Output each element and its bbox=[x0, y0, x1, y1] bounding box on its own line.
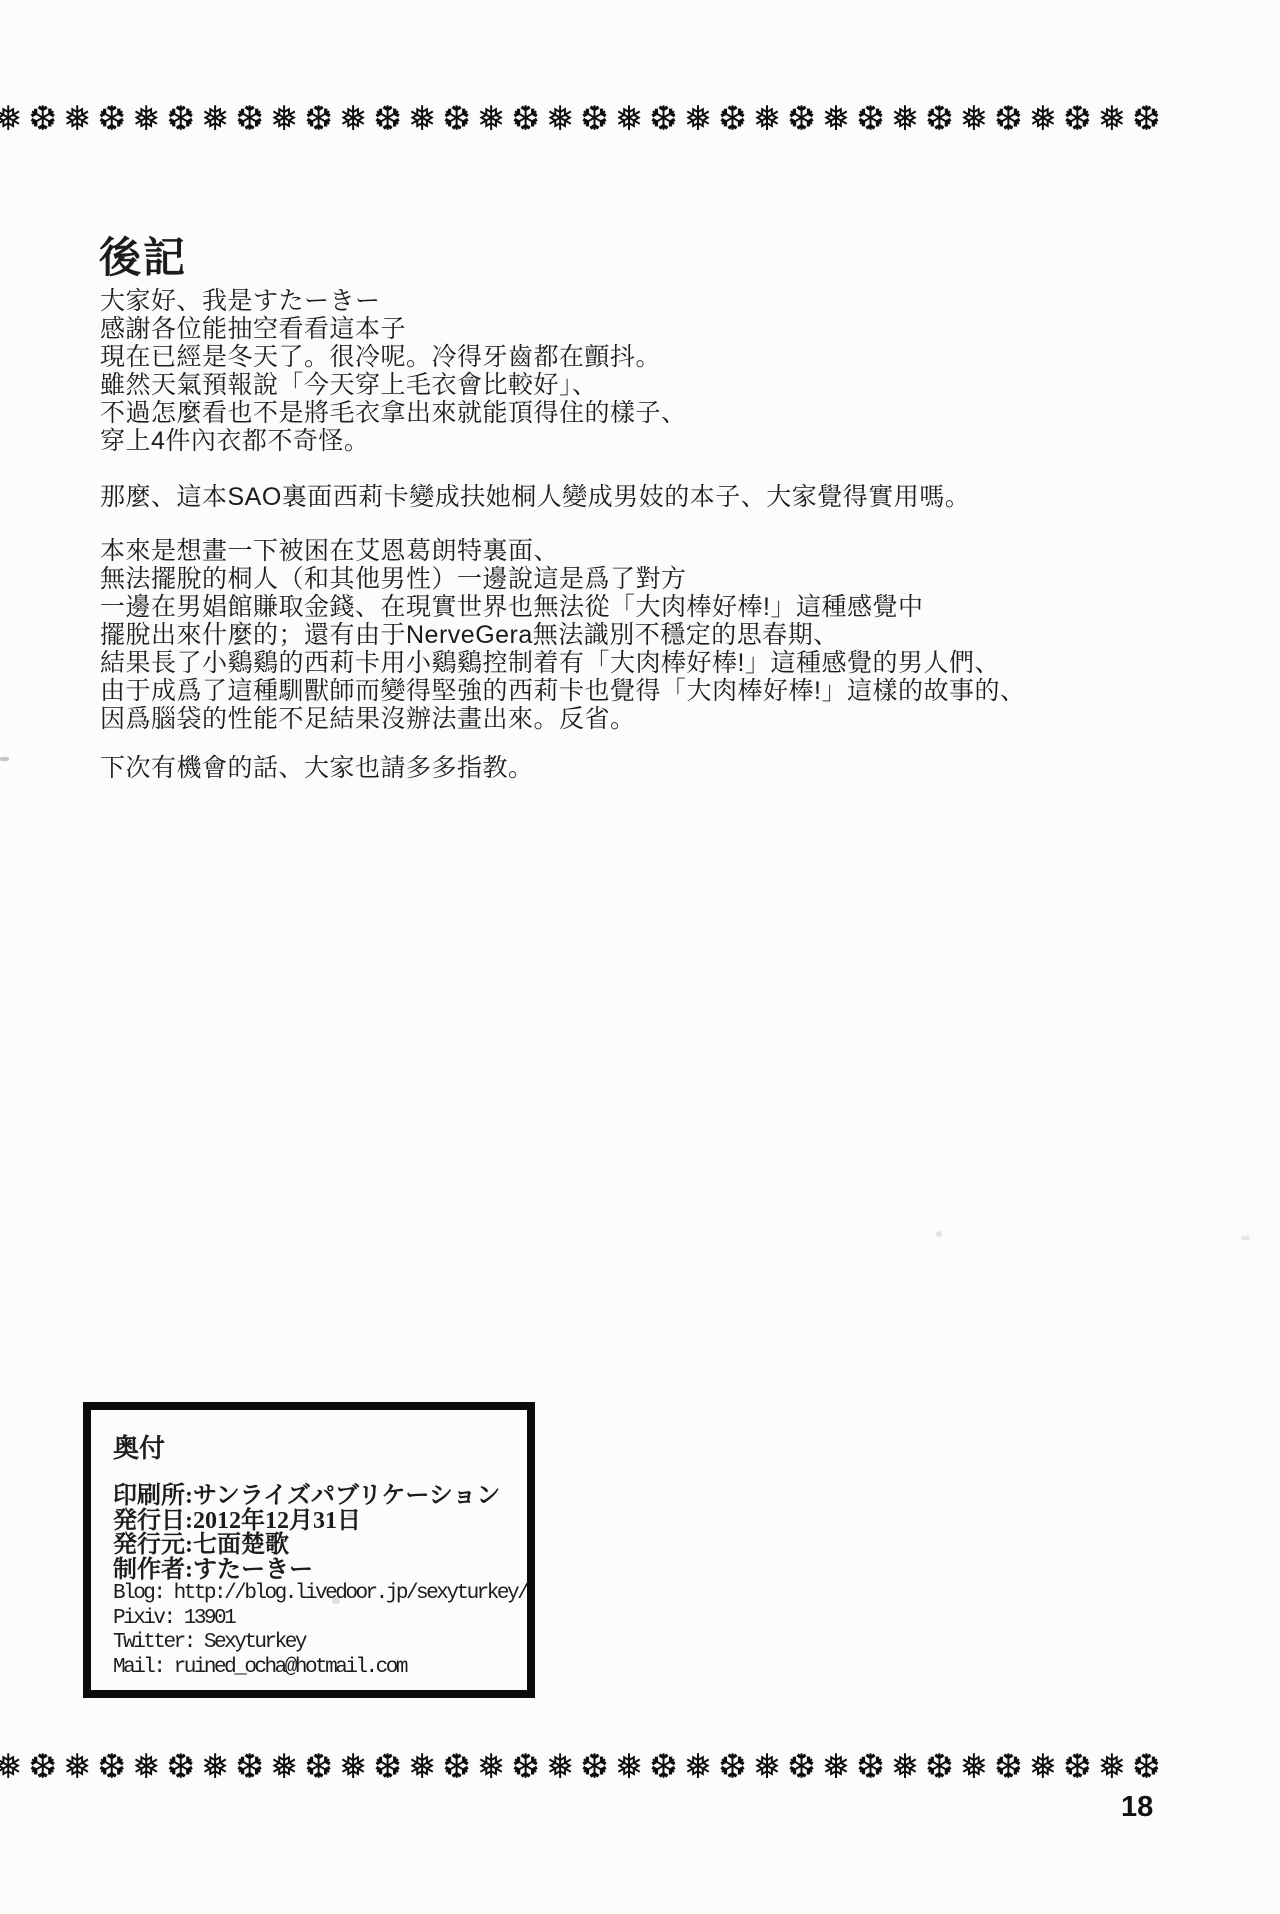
paragraph-book-intro: 那麼、這本SAO裏面西莉卡變成扶她桐人變成男妓的本子、大家覺得實用嗎。 bbox=[100, 483, 1160, 511]
text-line: 一邊在男娼館賺取金錢、在現實世界也無法從「大肉棒好棒!」這種感覺中 bbox=[100, 593, 1160, 621]
colophon-box: 奥付 印刷所:サンライズパブリケーション 発行日:2012年12月31日 発行元… bbox=[83, 1402, 535, 1698]
text-line: 無法擺脫的桐人（和其他男性）一邊說這是爲了對方 bbox=[100, 565, 1160, 593]
text-line: 本來是想畫一下被困在艾恩葛朗特裏面、 bbox=[100, 537, 1160, 565]
text-line: 因爲腦袋的性能不足結果沒辦法畫出來。反省。 bbox=[100, 705, 1160, 733]
text-line: 感謝各位能抽空看看這本子 bbox=[100, 315, 1160, 343]
paragraph-closing: 下次有機會的話、大家也請多多指教。 bbox=[100, 754, 1160, 782]
text-line: 由于成爲了這種馴獸師而變得堅強的西莉卡也覺得「大肉棒好棒!」這樣的故事的、 bbox=[100, 677, 1160, 705]
colophon-printer: 印刷所:サンライズパブリケーション bbox=[113, 1484, 523, 1509]
text-line: 大家好、我是すたーきー bbox=[100, 287, 1160, 315]
text-line: 那麼、這本SAO裏面西莉卡變成扶她桐人變成男妓的本子、大家覺得實用嗎。 bbox=[100, 483, 1160, 511]
paragraph-greeting: 大家好、我是すたーきー 感謝各位能抽空看看這本子 現在已經是冬天了。很冷呢。冷得… bbox=[100, 287, 1160, 455]
text-line: 下次有機會的話、大家也請多多指教。 bbox=[100, 754, 1160, 782]
colophon-mail: Mail: ruined_ocha@hotmail.com bbox=[113, 1656, 523, 1681]
text-line: 不過怎麼看也不是將毛衣拿出來就能頂得住的樣子、 bbox=[100, 399, 1160, 427]
text-line: 擺脫出來什麼的；還有由于NerveGera無法識別不穩定的思春期、 bbox=[100, 621, 1160, 649]
colophon-publisher: 発行元:七面楚歌 bbox=[113, 1533, 523, 1558]
colophon-pixiv-id: Pixiv: 13901 bbox=[113, 1607, 523, 1632]
scan-artifact bbox=[936, 1231, 942, 1237]
colophon-blog-url: Blog: http://blog.livedoor.jp/sexyturkey… bbox=[113, 1582, 523, 1607]
colophon-label: 奥付 bbox=[113, 1434, 523, 1464]
snowflake-border-top: ❅❆❅❆❅❆❅❆❅❆❅❆❅❆❅❆❅❆❅❆❅❆❅❆❅❆❅❆❅❆❅❆❅❆ bbox=[0, 100, 1280, 138]
afterword-title: 後記 bbox=[99, 234, 187, 282]
scan-artifact bbox=[1241, 1236, 1250, 1240]
paragraph-original-idea: 本來是想畫一下被困在艾恩葛朗特裏面、 無法擺脫的桐人（和其他男性）一邊說這是爲了… bbox=[100, 537, 1160, 733]
scan-artifact bbox=[332, 1597, 340, 1604]
text-line: 雖然天氣預報說「今天穿上毛衣會比較好」、 bbox=[100, 371, 1160, 399]
text-line: 結果長了小鷄鷄的西莉卡用小鷄鷄控制着有「大肉棒好棒!」這種感覺的男人們、 bbox=[100, 649, 1160, 677]
scan-artifact bbox=[347, 1512, 354, 1518]
colophon-creator: 制作者:すたーきー bbox=[113, 1558, 523, 1583]
snowflake-border-bottom: ❅❆❅❆❅❆❅❆❅❆❅❆❅❆❅❆❅❆❅❆❅❆❅❆❅❆❅❆❅❆❅❆❅❆ bbox=[0, 1748, 1280, 1786]
colophon-twitter: Twitter: Sexyturkey bbox=[113, 1631, 523, 1656]
afterword-body: 大家好、我是すたーきー 感謝各位能抽空看看這本子 現在已經是冬天了。很冷呢。冷得… bbox=[100, 287, 1160, 782]
text-line: 現在已經是冬天了。很冷呢。冷得牙齒都在顫抖。 bbox=[100, 343, 1160, 371]
colophon-date: 発行日:2012年12月31日 bbox=[113, 1509, 523, 1534]
text-line: 穿上4件內衣都不奇怪。 bbox=[100, 427, 1160, 455]
page-number: 18 bbox=[1121, 1791, 1153, 1824]
scan-artifact bbox=[0, 757, 9, 761]
